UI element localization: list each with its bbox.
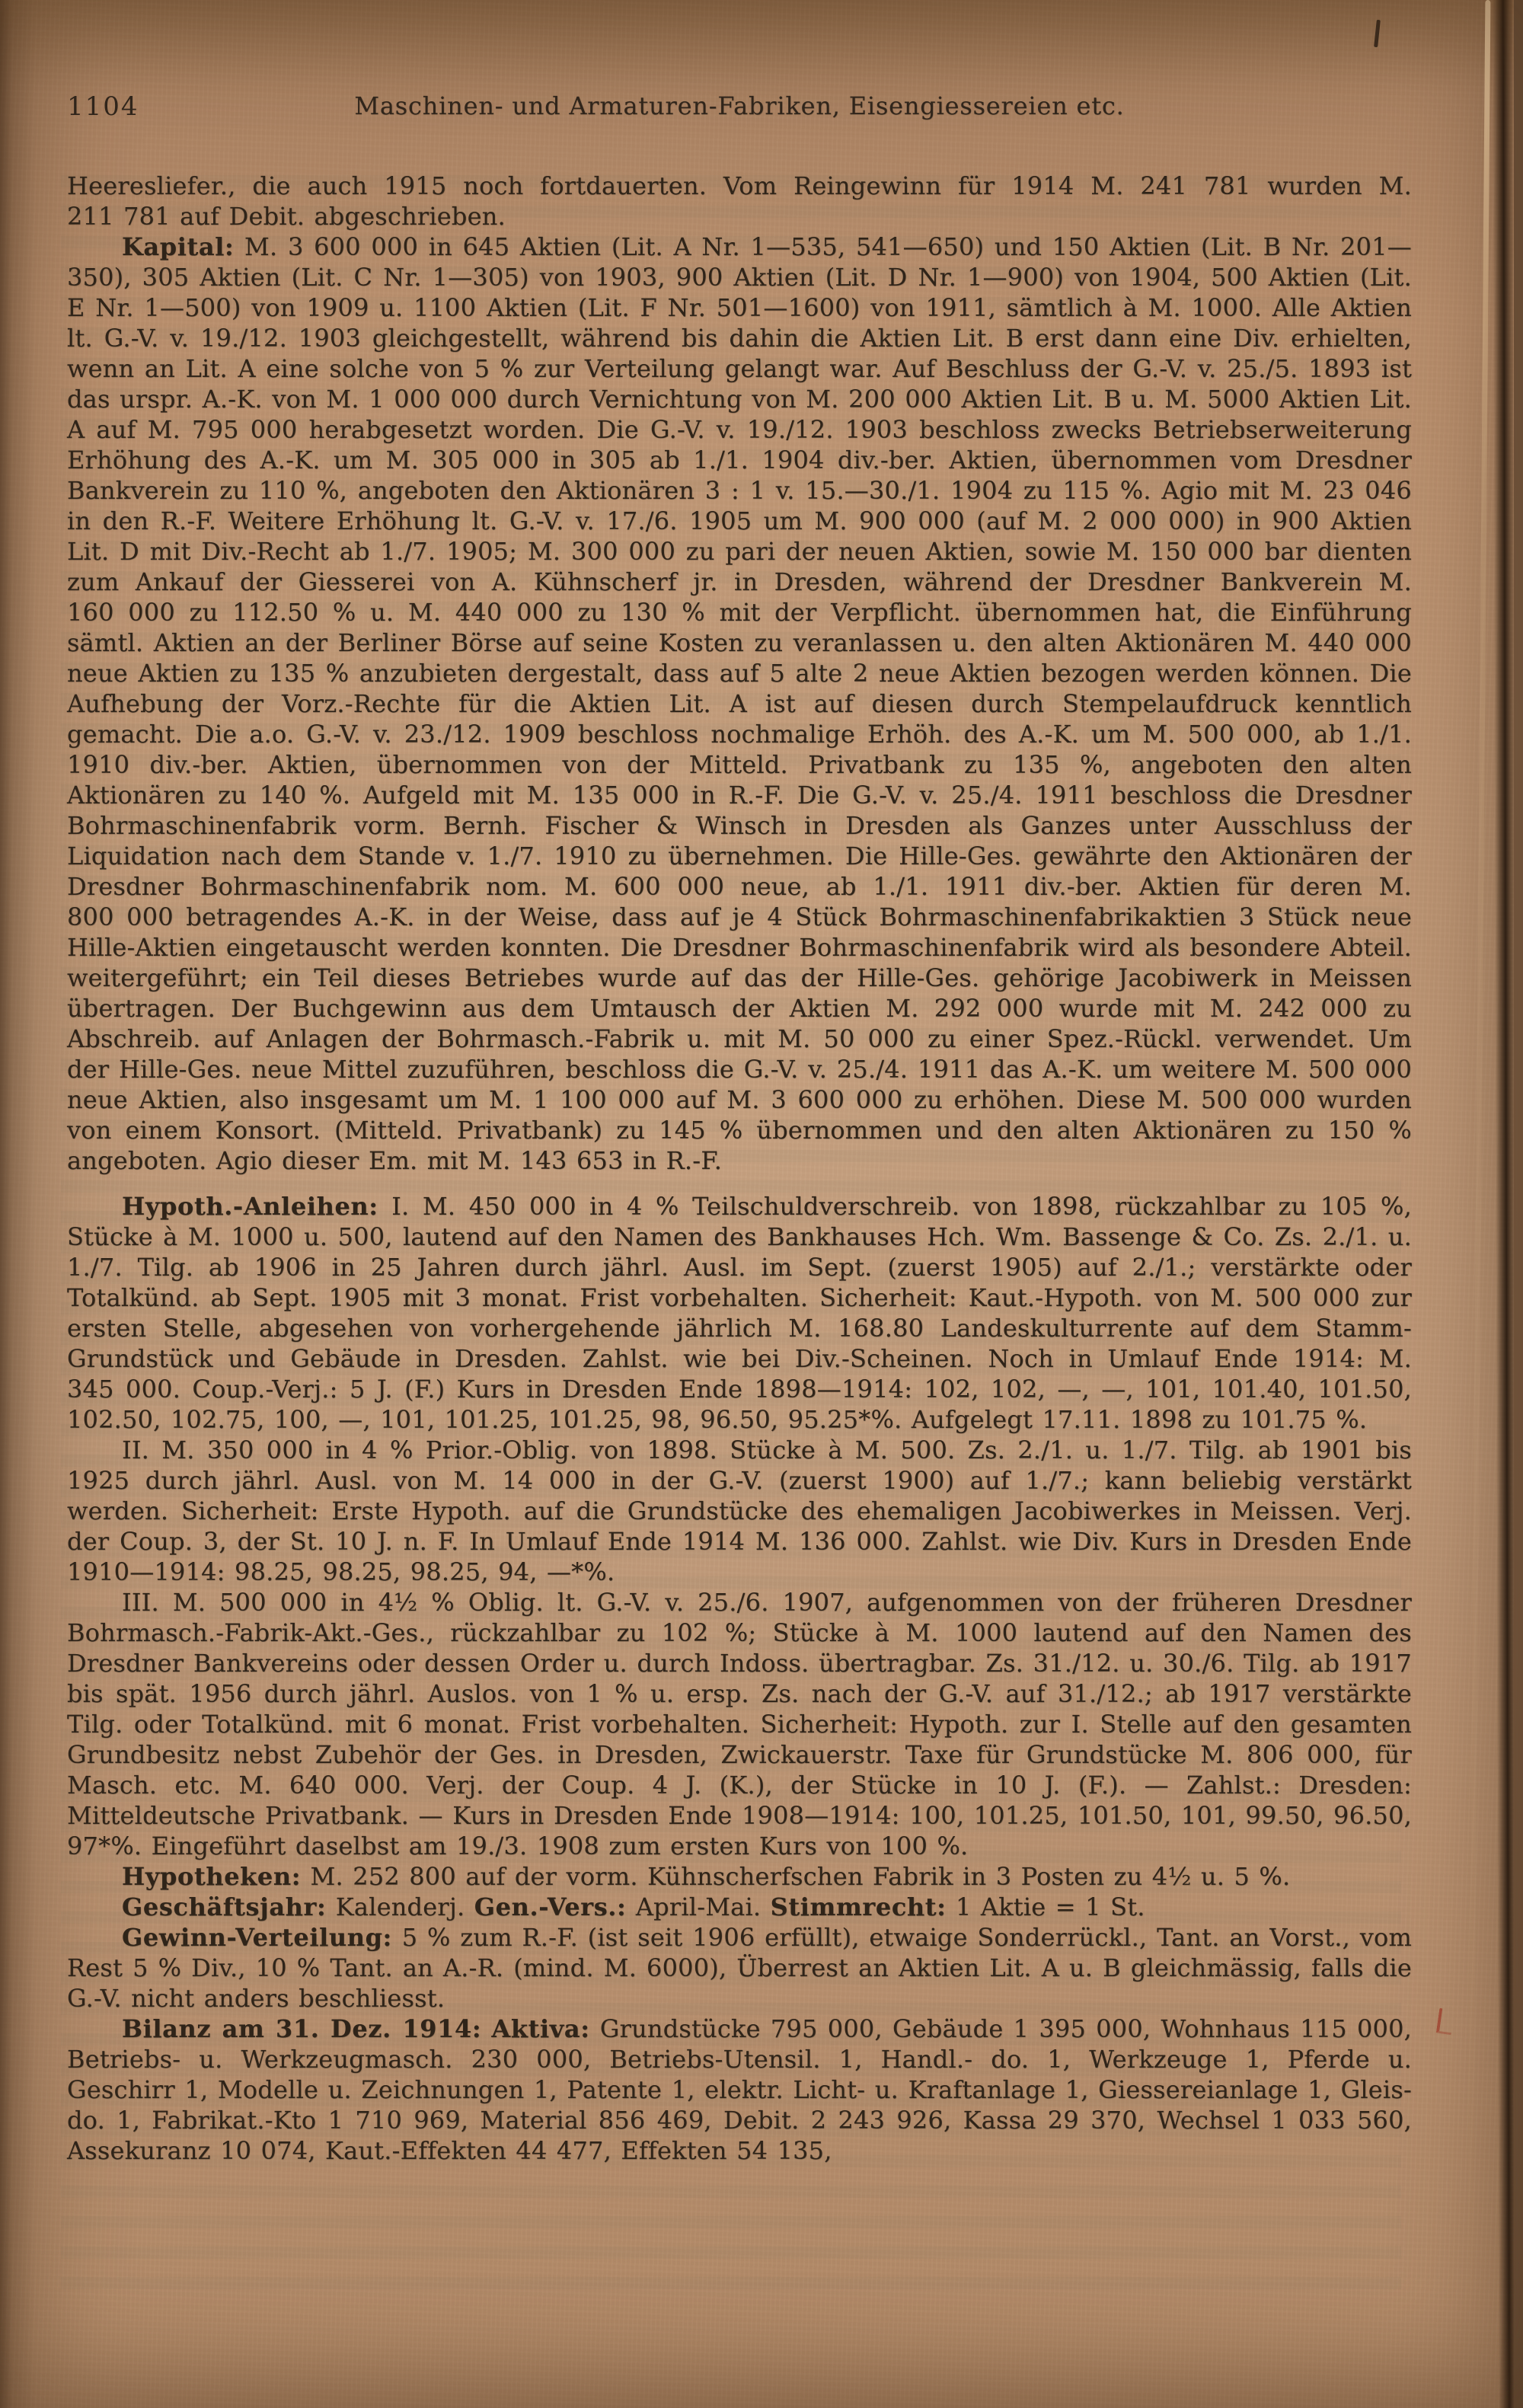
page-title: Maschinen- und Armaturen-Fabriken, Eisen… — [67, 91, 1412, 120]
paragraph-gewinn-verteilung: Gewinn-Verteilung: 5 % zum R.-F. (ist se… — [67, 1922, 1412, 2014]
paragraph-anleihe-3: III. M. 500 000 in 4½ % Oblig. lt. G.-V.… — [67, 1587, 1412, 1861]
page-body: Heeresliefer., die auch 1915 noch fortda… — [67, 171, 1412, 2166]
bold-lead: Gewinn-Verteilung: — [122, 1923, 392, 1952]
bold-lead: Aktiva: — [491, 2014, 589, 2043]
paragraph-hypoth-anleihen: Hypoth.-Anleihen: I. M. 450 000 in 4 % T… — [67, 1191, 1412, 1435]
paragraph-kapital: Kapital: M. 3 600 000 in 645 Aktien (Lit… — [67, 232, 1412, 1176]
paragraph-text: M. 252 800 auf der vorm. Kühnscherfschen… — [301, 1862, 1290, 1891]
page-number: 1104 — [67, 91, 139, 122]
bold-lead: Kapital: — [122, 232, 234, 261]
bold-lead: Geschäftsjahr: — [122, 1892, 326, 1921]
paragraph-text: Heeresliefer., die auch 1915 noch fortda… — [67, 171, 1412, 231]
paragraph-text: 1 Aktie = 1 St. — [947, 1892, 1145, 1921]
paragraph-hypotheken: Hypotheken: M. 252 800 auf der vorm. Küh… — [67, 1861, 1412, 1892]
paragraph-bilanz: Bilanz am 31. Dez. 1914: Aktiva: Grundst… — [67, 2014, 1412, 2166]
paragraph-text: I. M. 450 000 in 4 % Teilschuldverschrei… — [67, 1192, 1412, 1434]
bold-lead: Bilanz am 31. Dez. 1914: — [122, 2014, 481, 2043]
paragraph-text: II. M. 350 000 in 4 % Prior.-Oblig. von … — [67, 1436, 1412, 1586]
paragraph-anleihe-2: II. M. 350 000 in 4 % Prior.-Oblig. von … — [67, 1435, 1412, 1587]
paragraph-text: M. 3 600 000 in 645 Aktien (Lit. A Nr. 1… — [67, 232, 1412, 1175]
paragraph-text — [481, 2014, 491, 2043]
bold-lead: Stimmrecht: — [771, 1892, 947, 1921]
bold-lead: Gen.-Vers.: — [474, 1892, 627, 1921]
bold-lead: Hypotheken: — [122, 1862, 301, 1891]
paragraph-geschaeftsjahr: Geschäftsjahr: Kalenderj. Gen.-Vers.: Ap… — [67, 1892, 1412, 1922]
paragraph-text: April-Mai. — [626, 1892, 770, 1921]
page-header: 1104 Maschinen- und Armaturen-Fabriken, … — [67, 91, 1412, 126]
paragraph-text: Kalenderj. — [326, 1892, 474, 1921]
paragraph-text: III. M. 500 000 in 4½ % Oblig. lt. G.-V.… — [67, 1588, 1412, 1860]
bold-lead: Hypoth.-Anleihen: — [122, 1192, 378, 1221]
paragraph-continuation: Heeresliefer., die auch 1915 noch fortda… — [67, 171, 1412, 232]
